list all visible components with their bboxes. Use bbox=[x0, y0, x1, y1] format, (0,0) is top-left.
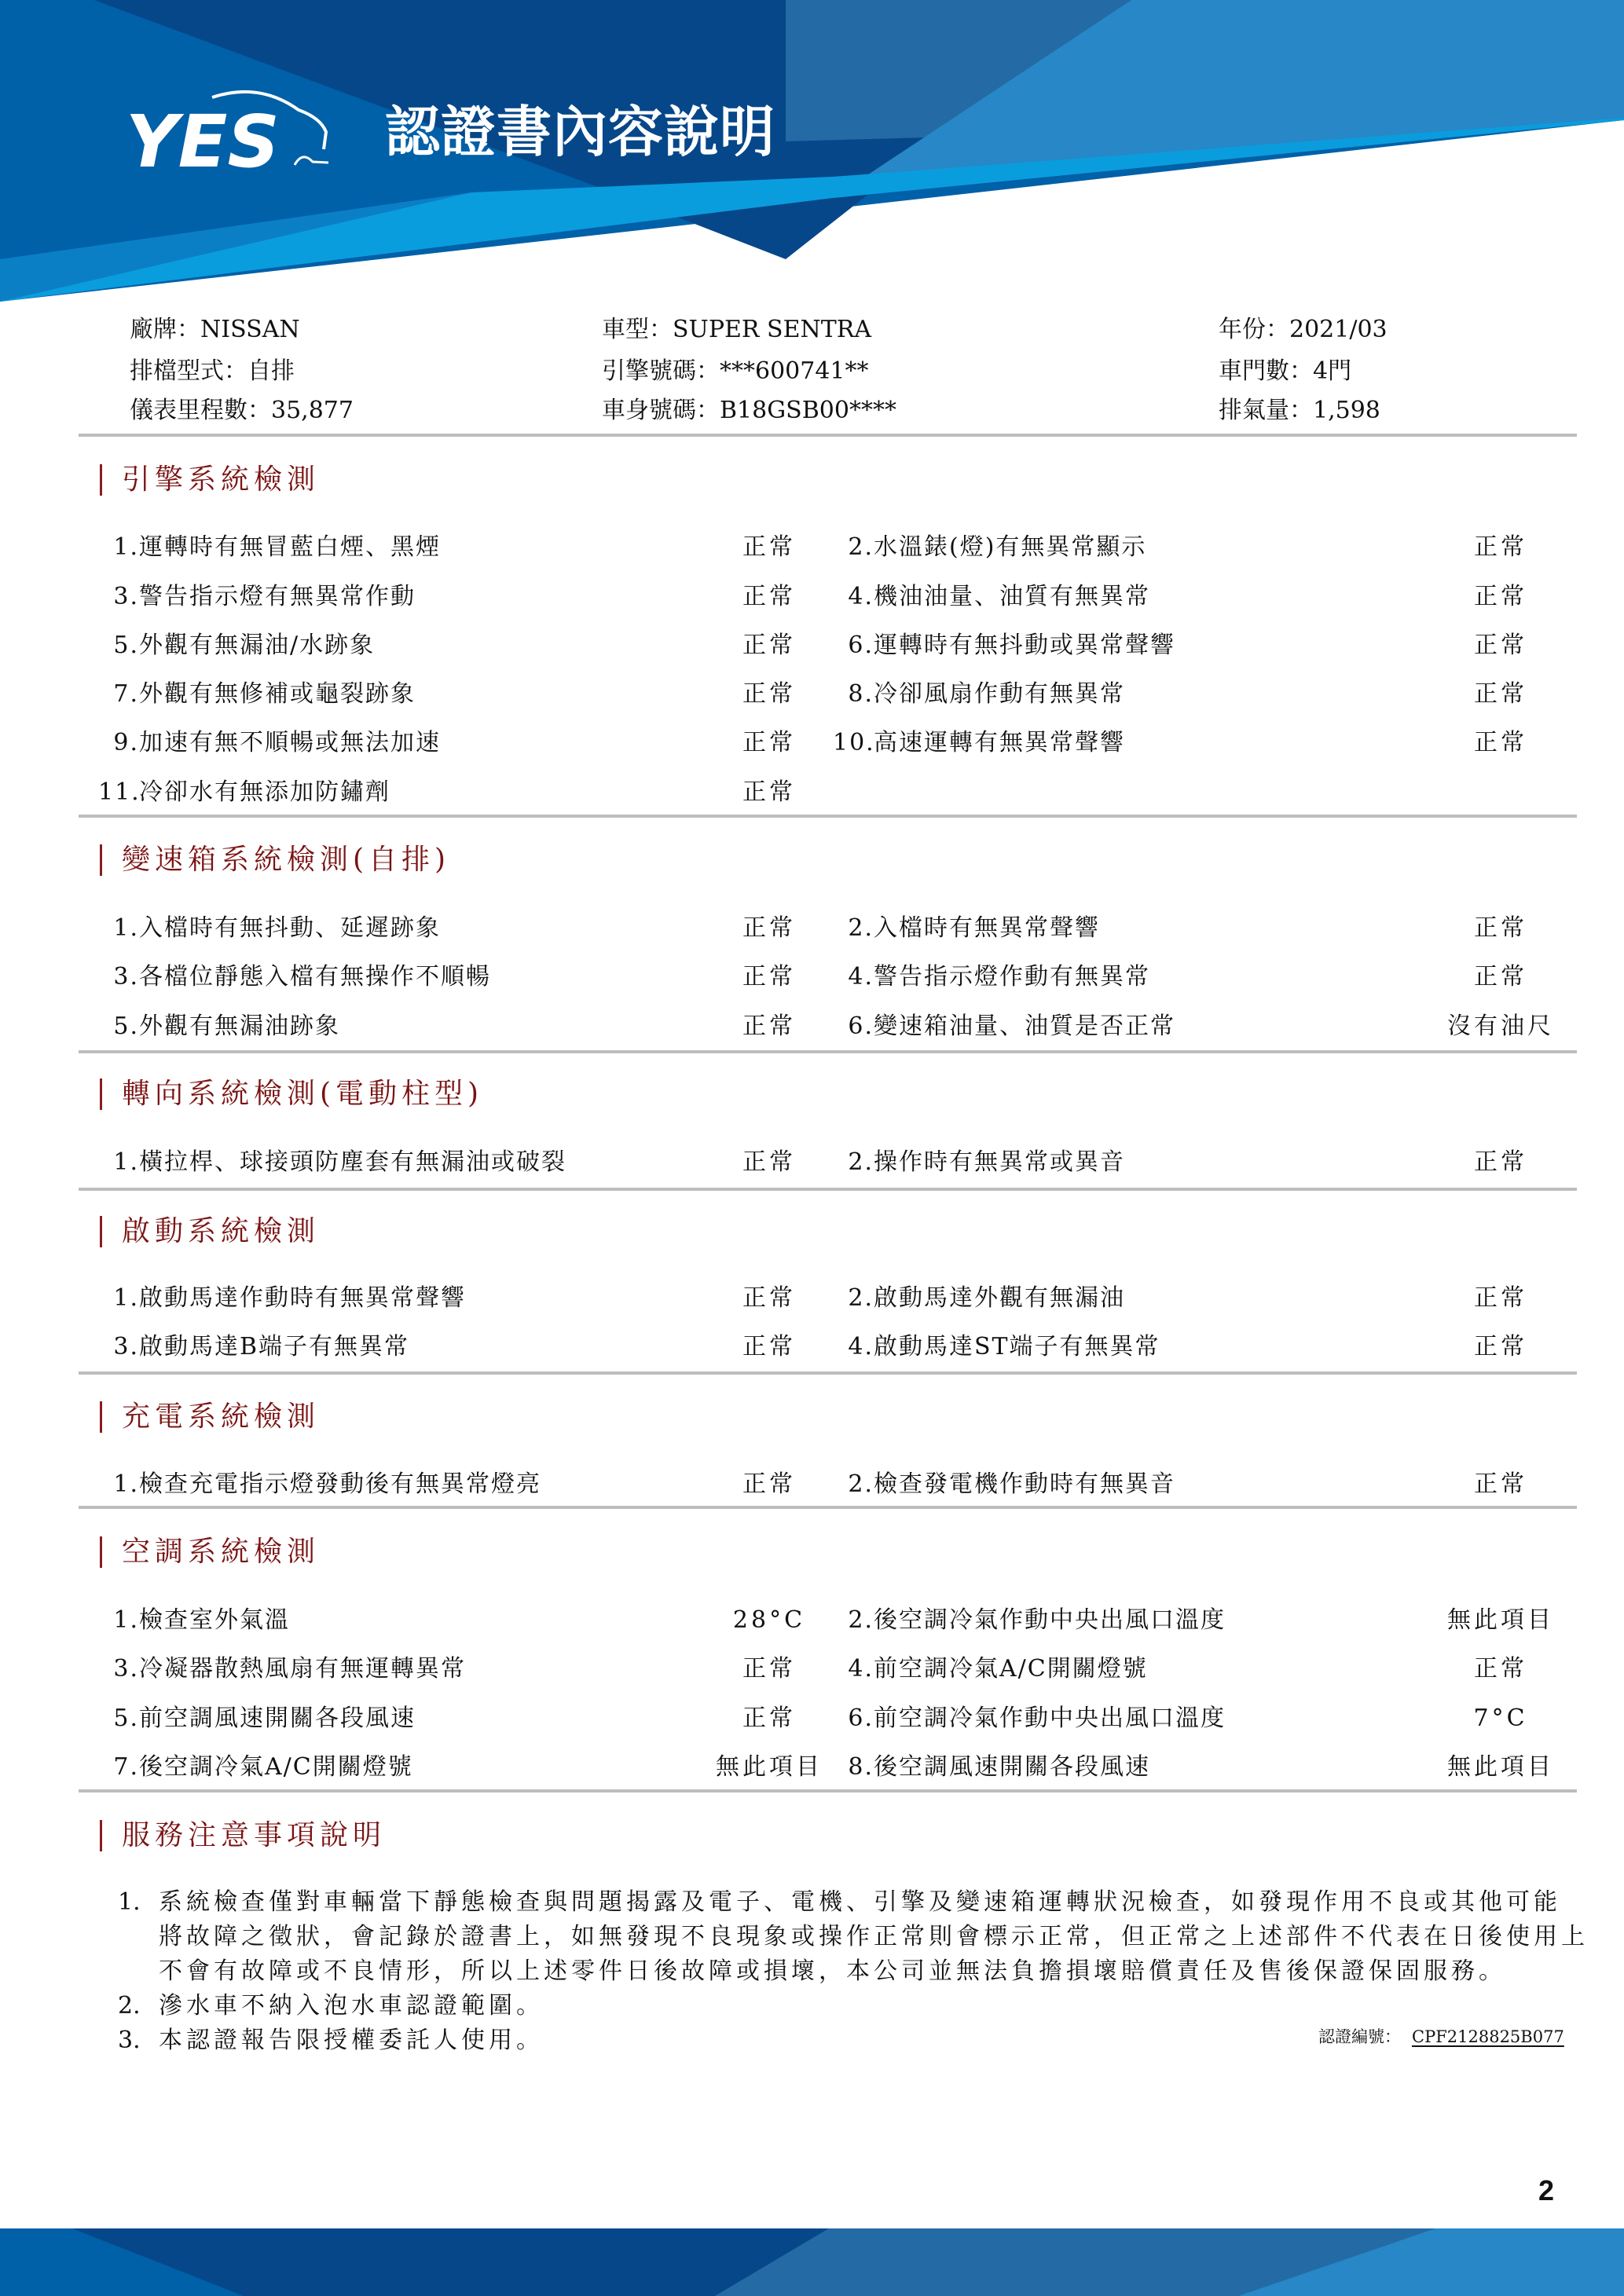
check-item: 4.前空調冷氣A/C開關燈號 bbox=[862, 1653, 1148, 1685]
check-status: 正常 bbox=[1474, 1653, 1527, 1685]
check-status: 正常 bbox=[1474, 581, 1527, 613]
section-bar bbox=[100, 464, 102, 496]
info-engine-number: 引擎號碼：***600741** bbox=[602, 356, 869, 387]
check-item: 5.外觀有無漏油跡象 bbox=[130, 1011, 340, 1042]
section-title-steering: 轉向系統檢測(電動柱型) bbox=[100, 1078, 483, 1110]
check-item: 5.外觀有無漏油/水跡象 bbox=[130, 630, 375, 661]
check-item: 9.加速有無不順暢或無法加速 bbox=[130, 727, 441, 759]
check-status: 正常 bbox=[742, 1703, 796, 1734]
check-item: 8.冷卻風扇作動有無異常 bbox=[862, 679, 1125, 710]
check-status: 無此項目 bbox=[1447, 1605, 1554, 1636]
info-model: 車型：SUPER SENTRA bbox=[602, 314, 871, 346]
section-title-engine: 引擎系統檢測 bbox=[100, 464, 320, 496]
note-line: 系統檢查僅對車輛當下靜態檢查與問題揭露及電子、電機、引擎及變速箱運轉狀況檢查，如… bbox=[159, 1885, 1561, 1920]
check-status: 正常 bbox=[1474, 1147, 1527, 1178]
check-item: 6.運轉時有無抖動或異常聲響 bbox=[862, 630, 1175, 661]
section-title-charging: 充電系統檢測 bbox=[100, 1401, 320, 1433]
section-title-air-conditioning: 空調系統檢測 bbox=[100, 1536, 320, 1568]
check-status: 正常 bbox=[742, 679, 796, 710]
check-item: 1.橫拉桿、球接頭防塵套有無漏油或破裂 bbox=[130, 1147, 566, 1178]
check-status: 正常 bbox=[742, 532, 796, 563]
certificate-number: 認證編號：CPF2128825B077 bbox=[1318, 2024, 1567, 2048]
section-title-transmission: 變速箱系統檢測(自排) bbox=[100, 844, 450, 876]
check-item: 8.後空調風速開關各段風速 bbox=[862, 1752, 1150, 1783]
check-status: 無此項目 bbox=[716, 1752, 823, 1783]
section-bar bbox=[100, 1401, 102, 1433]
section-bar bbox=[100, 844, 102, 876]
check-status: 正常 bbox=[742, 581, 796, 613]
certificate-value: CPF2128825B077 bbox=[1401, 2027, 1567, 2046]
check-status: 正常 bbox=[1474, 727, 1527, 759]
check-status: 正常 bbox=[742, 1653, 796, 1685]
info-doors: 車門數：4門 bbox=[1219, 356, 1351, 387]
note-line: 本認證報告限授權委託人使用。 bbox=[159, 2023, 544, 2058]
check-item: 1.檢查充電指示燈發動後有無異常燈亮 bbox=[130, 1469, 541, 1500]
check-item: 3.警告指示燈有無異常作動 bbox=[130, 581, 416, 613]
divider bbox=[79, 815, 1577, 818]
check-item: 5.前空調風速開關各段風速 bbox=[130, 1703, 416, 1734]
note-line: 滲水車不納入泡水車認證範圍。 bbox=[159, 1989, 544, 2023]
check-status: 無此項目 bbox=[1447, 1752, 1554, 1783]
check-status: 沒有油尺 bbox=[1447, 1011, 1554, 1042]
section-title-notes: 服務注意事項說明 bbox=[100, 1820, 386, 1851]
note-number: 2. bbox=[118, 1989, 141, 2023]
check-status: 正常 bbox=[742, 1147, 796, 1178]
section-bar bbox=[100, 1216, 102, 1247]
footer-banner bbox=[0, 2228, 1624, 2296]
check-status: 正常 bbox=[1474, 1469, 1527, 1500]
note-line: 將故障之徵狀，會記錄於證書上，如無發現不良現象或操作正常則會標示正常，但正常之上… bbox=[159, 1920, 1589, 1954]
check-item: 2.後空調冷氣作動中央出風口溫度 bbox=[862, 1605, 1226, 1636]
check-item: 10.高速運轉有無異常聲響 bbox=[862, 727, 1125, 759]
info-odometer: 儀表里程數：35,877 bbox=[130, 395, 354, 427]
check-item: 4.機油油量、油質有無異常 bbox=[862, 581, 1150, 613]
check-status: 正常 bbox=[1474, 961, 1527, 993]
check-status: 正常 bbox=[742, 1011, 796, 1042]
check-status: 正常 bbox=[742, 630, 796, 661]
svg-text:YES: YES bbox=[126, 100, 280, 181]
divider bbox=[79, 434, 1577, 437]
page-title: 認證書內容說明 bbox=[385, 93, 775, 171]
check-status: 正常 bbox=[1474, 630, 1527, 661]
section-bar bbox=[100, 1820, 102, 1851]
car-outline-icon: YES bbox=[126, 86, 377, 181]
divider bbox=[79, 1050, 1577, 1053]
check-item: 3.冷凝器散熱風扇有無運轉異常 bbox=[130, 1653, 466, 1685]
section-bar bbox=[100, 1078, 102, 1110]
section-bar bbox=[100, 1536, 102, 1568]
check-item: 3.啟動馬達B端子有無異常 bbox=[130, 1331, 409, 1363]
divider bbox=[79, 1188, 1577, 1191]
page-number: 2 bbox=[1538, 2174, 1554, 2207]
check-status: 正常 bbox=[1474, 1283, 1527, 1314]
check-status: 正常 bbox=[742, 1331, 796, 1363]
check-status: 正常 bbox=[742, 913, 796, 944]
check-status: 正常 bbox=[742, 777, 796, 808]
check-status: 正常 bbox=[1474, 679, 1527, 710]
divider bbox=[79, 1506, 1577, 1509]
check-item: 11.冷卻水有無添加防鏽劑 bbox=[130, 777, 390, 808]
check-item: 1.啟動馬達作動時有無異常聲響 bbox=[130, 1283, 466, 1314]
check-item: 1.運轉時有無冒藍白煙、黑煙 bbox=[130, 532, 441, 563]
check-item: 2.檢查發電機作動時有無異音 bbox=[862, 1469, 1175, 1500]
info-body-number: 車身號碼：B18GSB00**** bbox=[602, 395, 896, 427]
check-item: 6.前空調冷氣作動中央出風口溫度 bbox=[862, 1703, 1226, 1734]
check-status: 正常 bbox=[1474, 532, 1527, 563]
check-item: 4.警告指示燈作動有無異常 bbox=[862, 961, 1150, 993]
check-item: 2.啟動馬達外觀有無漏油 bbox=[862, 1283, 1125, 1314]
check-item: 7.後空調冷氣A/C開關燈號 bbox=[130, 1752, 413, 1783]
section-title-starting: 啟動系統檢測 bbox=[100, 1216, 320, 1247]
check-status: 正常 bbox=[742, 727, 796, 759]
check-item: 3.各檔位靜態入檔有無操作不順暢 bbox=[130, 961, 491, 993]
check-item: 2.操作時有無異常或異音 bbox=[862, 1147, 1125, 1178]
info-transmission-type: 排檔型式：自排 bbox=[130, 356, 295, 387]
check-status: 正常 bbox=[1474, 913, 1527, 944]
check-status: 28°C bbox=[733, 1605, 805, 1636]
info-brand: 廠牌：NISSAN bbox=[130, 314, 300, 346]
check-status: 正常 bbox=[1474, 1331, 1527, 1363]
yes-logo: YES bbox=[126, 86, 377, 181]
check-status: 正常 bbox=[742, 961, 796, 993]
note-number: 3. bbox=[118, 2023, 141, 2058]
info-year: 年份：2021/03 bbox=[1219, 314, 1388, 346]
check-status: 正常 bbox=[742, 1469, 796, 1500]
check-status: 正常 bbox=[742, 1283, 796, 1314]
info-displacement: 排氣量：1,598 bbox=[1219, 395, 1380, 427]
check-item: 1.檢查室外氣溫 bbox=[130, 1605, 290, 1636]
check-item: 2.水溫錶(燈)有無異常顯示 bbox=[862, 532, 1146, 563]
divider bbox=[79, 1789, 1577, 1792]
check-status: 7°C bbox=[1473, 1703, 1527, 1734]
check-item: 1.入檔時有無抖動、延遲跡象 bbox=[130, 913, 441, 944]
check-item: 7.外觀有無修補或龜裂跡象 bbox=[130, 679, 416, 710]
check-item: 2.入檔時有無異常聲響 bbox=[862, 913, 1100, 944]
note-number: 1. bbox=[118, 1885, 141, 1920]
divider bbox=[79, 1371, 1577, 1375]
note-line: 不會有故障或不良情形，所以上述零件日後故障或損壞，本公司並無法負擔損壞賠償責任及… bbox=[159, 1954, 1506, 1989]
check-item: 6.變速箱油量、油質是否正常 bbox=[862, 1011, 1175, 1042]
check-item: 4.啟動馬達ST端子有無異常 bbox=[862, 1331, 1160, 1363]
